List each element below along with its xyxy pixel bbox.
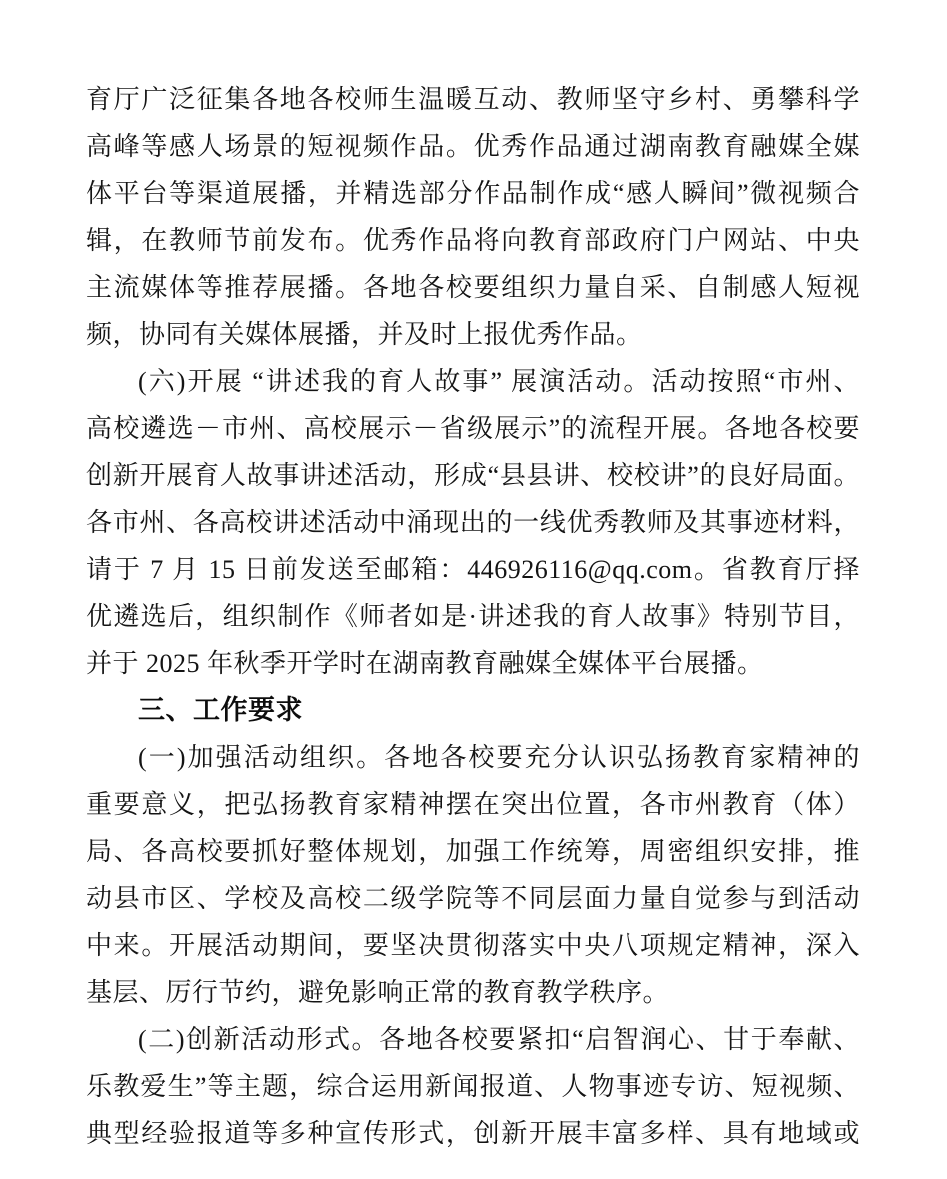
text-line: (一)加强活动组织。各地各校要充分认识弘扬教育家精神的: [86, 734, 860, 781]
text-line: 典型经验报道等多种宣传形式，创新开展丰富多样、具有地域或: [86, 1110, 860, 1157]
document-page: 育厅广泛征集各地各校师生温暖互动、教师坚守乡村、勇攀科学高峰等感人场景的短视频作…: [0, 0, 947, 1179]
text-line: 育厅广泛征集各地各校师生温暖互动、教师坚守乡村、勇攀科学: [86, 76, 860, 123]
text-line: 重要意义，把弘扬教育家精神摆在突出位置，各市州教育（体）: [86, 781, 860, 828]
text-line: 主流媒体等推荐展播。各地各校要组织力量自采、自制感人短视: [86, 264, 860, 311]
text-line: 优遴选后，组织制作《师者如是·讲述我的育人故事》特别节目，: [86, 593, 860, 640]
text-line: 局、各高校要抓好整体规划，加强工作统筹，周密组织安排，推: [86, 828, 860, 875]
document-body: 育厅广泛征集各地各校师生温暖互动、教师坚守乡村、勇攀科学高峰等感人场景的短视频作…: [86, 76, 860, 1157]
text-line: 各市州、各高校讲述活动中涌现出的一线优秀教师及其事迹材料，: [86, 499, 860, 546]
text-line: 辑，在教师节前发布。优秀作品将向教育部政府门户网站、中央: [86, 217, 860, 264]
text-line: 高校遴选－市州、高校展示－省级展示”的流程开展。各地各校要: [86, 405, 860, 452]
text-line: (二)创新活动形式。各地各校要紧扣“启智润心、甘于奉献、: [86, 1016, 860, 1063]
text-line: 中来。开展活动期间，要坚决贯彻落实中央八项规定精神，深入: [86, 922, 860, 969]
text-line: 动县市区、学校及高校二级学院等不同层面力量自觉参与到活动: [86, 875, 860, 922]
text-line: 乐教爱生”等主题，综合运用新闻报道、人物事迹专访、短视频、: [86, 1063, 860, 1110]
text-line: 基层、厉行节约，避免影响正常的教育教学秩序。: [86, 969, 860, 1016]
text-line: 体平台等渠道展播，并精选部分作品制作成“感人瞬间”微视频合: [86, 170, 860, 217]
section-heading: 三、工作要求: [86, 687, 860, 734]
text-line: 请于 7 月 15 日前发送至邮箱：446926116@qq.com。省教育厅择: [86, 546, 860, 593]
text-line: 创新开展育人故事讲述活动，形成“县县讲、校校讲”的良好局面。: [86, 452, 860, 499]
text-line: 频，协同有关媒体展播，并及时上报优秀作品。: [86, 311, 860, 358]
text-line: (六)开展 “讲述我的育人故事” 展演活动。活动按照“市州、: [86, 358, 860, 405]
text-line: 并于 2025 年秋季开学时在湖南教育融媒全媒体平台展播。: [86, 640, 860, 687]
text-line: 高峰等感人场景的短视频作品。优秀作品通过湖南教育融媒全媒: [86, 123, 860, 170]
